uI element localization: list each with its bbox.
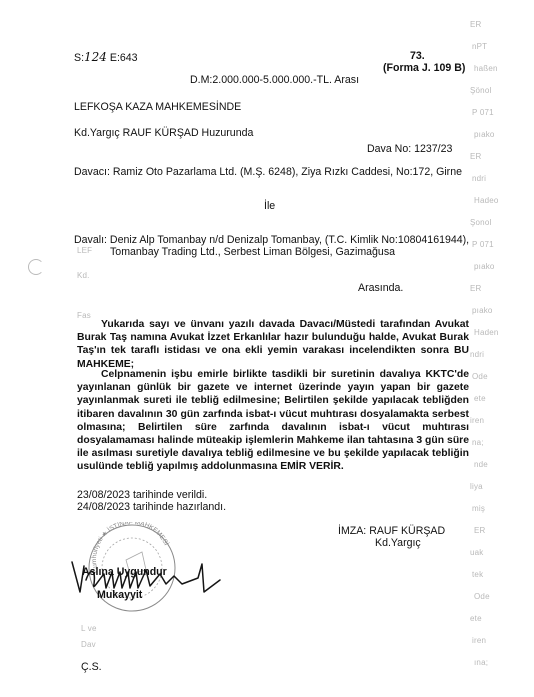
bleed-through-mark: pıako — [472, 306, 493, 315]
bleed-through-mark: Şonol — [470, 218, 491, 227]
parties-connector: İle — [264, 200, 275, 212]
bleed-through-mark: ndri — [470, 350, 484, 359]
punch-hole-mark — [28, 259, 44, 275]
bleed-through-mark: pıako — [474, 130, 495, 139]
judge-signature-line: İMZA: RAUF KÜRŞAD — [338, 525, 445, 537]
value-range: D.M:2.000.000-5.000.000.-TL. Arası — [190, 74, 359, 86]
bleed-through-mark: P 071 — [472, 108, 494, 117]
registrar-stamp: Mukayyit — [97, 589, 142, 601]
bleed-through-mark: uak — [470, 548, 484, 557]
handwritten-signature-icon — [70, 558, 240, 598]
clerk-initials: Ç.S. — [81, 661, 102, 673]
order-paragraph-1: Yukarıda sayı ve ünvanı yazılı davada Da… — [77, 318, 469, 371]
bleed-through-mark: Hadeo — [474, 196, 499, 205]
bleed-through-mark: miş — [472, 504, 485, 513]
bleed-through-mark: ER — [470, 284, 482, 293]
bleed-through-mark: Kd. — [77, 271, 90, 280]
bleed-through-mark: tek — [472, 570, 483, 579]
defendant-line-2: Tomanbay Trading Ltd., Serbest Liman Böl… — [110, 246, 395, 258]
bleed-through-mark: P 071 — [472, 240, 494, 249]
bleed-through-mark: LEF — [77, 246, 92, 255]
bleed-through-mark: pıako — [474, 262, 495, 271]
bleed-through-mark: Fas — [77, 311, 91, 320]
bleed-through-mark: Dav — [81, 640, 96, 649]
bleed-through-mark: liya — [470, 482, 483, 491]
handwritten-case-number: 124 — [84, 50, 107, 64]
form-number: (Forma J. 109 B) — [383, 62, 465, 74]
bleed-through-mark: na; — [472, 438, 484, 447]
defendant-line-1: Davalı: Deniz Alp Tomanbay n/d Denizalp … — [74, 234, 469, 246]
bleed-through-mark: Şönol — [470, 86, 491, 95]
page-number: 73. — [410, 50, 425, 62]
bleed-through-mark: Ode — [474, 592, 490, 601]
bleed-through-mark: ER — [470, 20, 482, 29]
judge-line: Kd.Yargıç RAUF KÜRŞAD Huzurunda — [74, 127, 253, 139]
bleed-through-mark: haßen — [474, 64, 498, 73]
bleed-through-mark: nPT — [472, 42, 487, 51]
bleed-through-mark: ndri — [472, 174, 486, 183]
bleed-through-mark: Haden — [474, 328, 499, 337]
prepared-date: 24/08/2023 tarihinde hazırlandı. — [77, 501, 226, 513]
bleed-through-mark: L ve — [81, 624, 97, 633]
bleed-through-mark: ına; — [474, 658, 488, 667]
court-name: LEFKOŞA KAZA MAHKEMESİNDE — [74, 101, 241, 113]
between-label: Arasında. — [358, 282, 403, 294]
bleed-through-mark: ete — [470, 614, 482, 623]
bleed-through-mark: iren — [470, 416, 484, 425]
bleed-through-mark: ER — [470, 152, 482, 161]
bleed-through-mark: iren — [472, 636, 486, 645]
issued-date: 23/08/2023 tarihinde verildi. — [77, 489, 207, 501]
certified-copy-stamp: Aslına Uygundur — [82, 566, 167, 578]
bleed-through-mark: Ode — [472, 372, 488, 381]
bleed-through-mark: ER — [474, 526, 486, 535]
plaintiff: Davacı: Ramiz Oto Pazarlama Ltd. (M.Ş. 6… — [74, 166, 462, 178]
case-number: Dava No: 1237/23 — [367, 143, 452, 155]
bleed-through-mark: nde — [474, 460, 488, 469]
case-reference: S:124 E:643 — [74, 50, 138, 64]
order-paragraph-2: Celpnamenin işbu emirle birlikte tasdikl… — [77, 368, 469, 474]
bleed-through-mark: ete — [474, 394, 486, 403]
judge-title: Kd.Yargıç — [375, 537, 421, 549]
